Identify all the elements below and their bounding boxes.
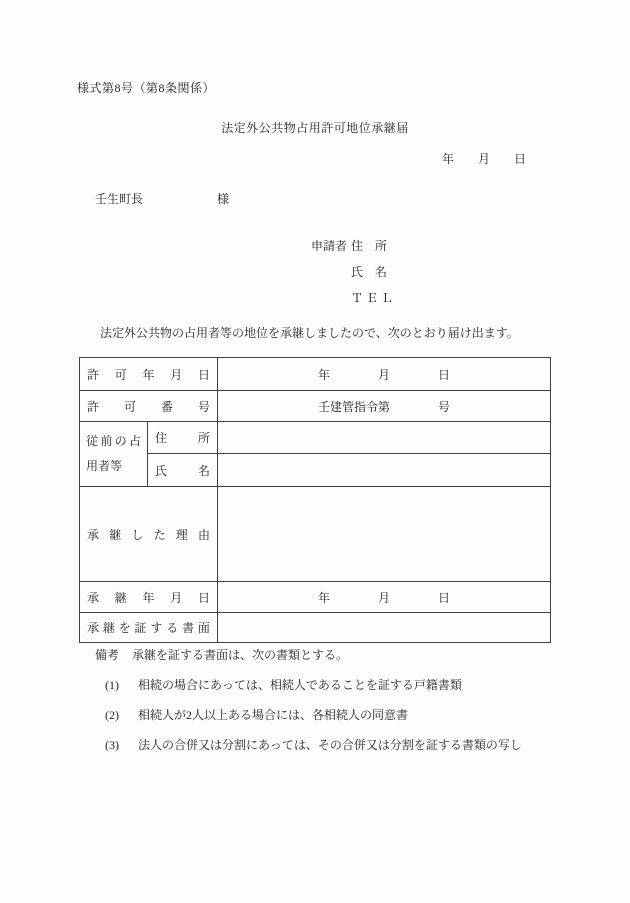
note-item: (2) 相続人が2人以上ある場合には、各相続人の同意書 bbox=[95, 706, 522, 724]
succession-proof-row: 承継を証する書面 bbox=[80, 613, 551, 643]
previous-occupant-address-row: 従前の占用者等 住所 bbox=[80, 422, 551, 454]
page-title: 法定外公共物占用許可地位承継届 bbox=[0, 119, 630, 136]
permit-number-label-cell: 許可番号 bbox=[80, 391, 218, 422]
previous-occupant-name-value-cell bbox=[218, 454, 551, 487]
applicant-tel-row: Ｔ Ｅ Ｌ bbox=[311, 289, 393, 315]
succession-proof-label-cell: 承継を証する書面 bbox=[80, 613, 218, 643]
recipient-name: 壬生町長 bbox=[95, 192, 143, 206]
succession-reason-label-cell: 承継した理由 bbox=[80, 487, 218, 582]
permit-date-row: 許可年月日 年 月 日 bbox=[80, 358, 551, 391]
note-item-number: (1) bbox=[105, 676, 127, 694]
previous-occupant-group-label: 従前の占用者等 bbox=[80, 427, 147, 481]
succession-date-row: 承継年月日 年 月 日 bbox=[80, 582, 551, 613]
previous-occupant-group-cell: 従前の占用者等 bbox=[80, 422, 148, 487]
permit-number-value-cell: 壬建管指令第 号 bbox=[218, 391, 551, 422]
notes-heading: 備考承継を証する書面は、次の書類とする。 bbox=[95, 646, 522, 664]
permit-number-row: 許可番号 壬建管指令第 号 bbox=[80, 391, 551, 422]
submission-date-line: 年 月 日 bbox=[442, 150, 526, 167]
applicant-block: 申請者住 所 氏 名 Ｔ Ｅ Ｌ bbox=[311, 237, 393, 315]
notes-label: 備考 bbox=[95, 648, 119, 662]
succession-date-label: 承継年月日 bbox=[80, 589, 217, 606]
permit-date-label-cell: 許可年月日 bbox=[80, 358, 218, 391]
note-item-number: (3) bbox=[105, 736, 127, 754]
recipient-line: 壬生町長様 bbox=[95, 190, 229, 207]
applicant-tel-label: Ｔ Ｅ Ｌ bbox=[351, 291, 393, 305]
note-item-text: 相続人が2人以上ある場合には、各相続人の同意書 bbox=[138, 706, 408, 724]
previous-occupant-address-label: 住所 bbox=[148, 429, 217, 446]
applicant-name-label: 氏 名 bbox=[351, 265, 387, 279]
applicant-label: 申請者 bbox=[311, 239, 347, 253]
previous-occupant-address-label-cell: 住所 bbox=[148, 422, 218, 454]
note-item-number: (2) bbox=[105, 706, 127, 724]
note-item-text: 相続の場合にあっては、相続人であることを証する戸籍書類 bbox=[138, 676, 462, 694]
document-page: 様式第8号（第8条関係） 法定外公共物占用許可地位承継届 年 月 日 壬生町長様… bbox=[0, 0, 630, 903]
previous-occupant-name-label-cell: 氏名 bbox=[148, 454, 218, 487]
note-item: (3) 法人の合併又は分割にあっては、その合併又は分割を証する書類の写し bbox=[95, 736, 522, 754]
permit-number-label: 許可番号 bbox=[80, 398, 217, 415]
note-item: (1) 相続の場合にあっては、相続人であることを証する戸籍書類 bbox=[95, 676, 522, 694]
recipient-honorific: 様 bbox=[217, 192, 229, 206]
succession-reason-value-cell bbox=[218, 487, 551, 582]
previous-occupant-name-row: 氏名 bbox=[80, 454, 551, 487]
applicant-name-row: 氏 名 bbox=[311, 263, 393, 289]
note-item-text: 法人の合併又は分割にあっては、その合併又は分割を証する書類の写し bbox=[138, 736, 522, 754]
succession-date-value-cell: 年 月 日 bbox=[218, 582, 551, 613]
body-text: 法定外公共物の占用者等の地位を承継しましたので、次のとおり届け出ます。 bbox=[100, 324, 519, 341]
succession-proof-label: 承継を証する書面 bbox=[80, 619, 217, 636]
previous-occupant-address-value-cell bbox=[218, 422, 551, 454]
notes-block: 備考承継を証する書面は、次の書類とする。 (1) 相続の場合にあっては、相続人で… bbox=[95, 646, 522, 754]
form-number: 様式第8号（第8条関係） bbox=[77, 79, 215, 96]
applicant-address-label: 住 所 bbox=[351, 239, 387, 253]
succession-date-label-cell: 承継年月日 bbox=[80, 582, 218, 613]
previous-occupant-name-label: 氏名 bbox=[148, 462, 217, 479]
succession-reason-label: 承継した理由 bbox=[80, 526, 217, 543]
notes-intro: 承継を証する書面は、次の書類とする。 bbox=[132, 648, 348, 662]
permit-date-value-cell: 年 月 日 bbox=[218, 358, 551, 391]
permit-date-label: 許可年月日 bbox=[80, 366, 217, 383]
succession-table: 許可年月日 年 月 日 許可番号 壬建管指令第 号 従前の占用者等 住所 氏名 … bbox=[79, 357, 551, 643]
succession-proof-value-cell bbox=[218, 613, 551, 643]
succession-reason-row: 承継した理由 bbox=[80, 487, 551, 582]
applicant-address-row: 申請者住 所 bbox=[311, 237, 393, 263]
